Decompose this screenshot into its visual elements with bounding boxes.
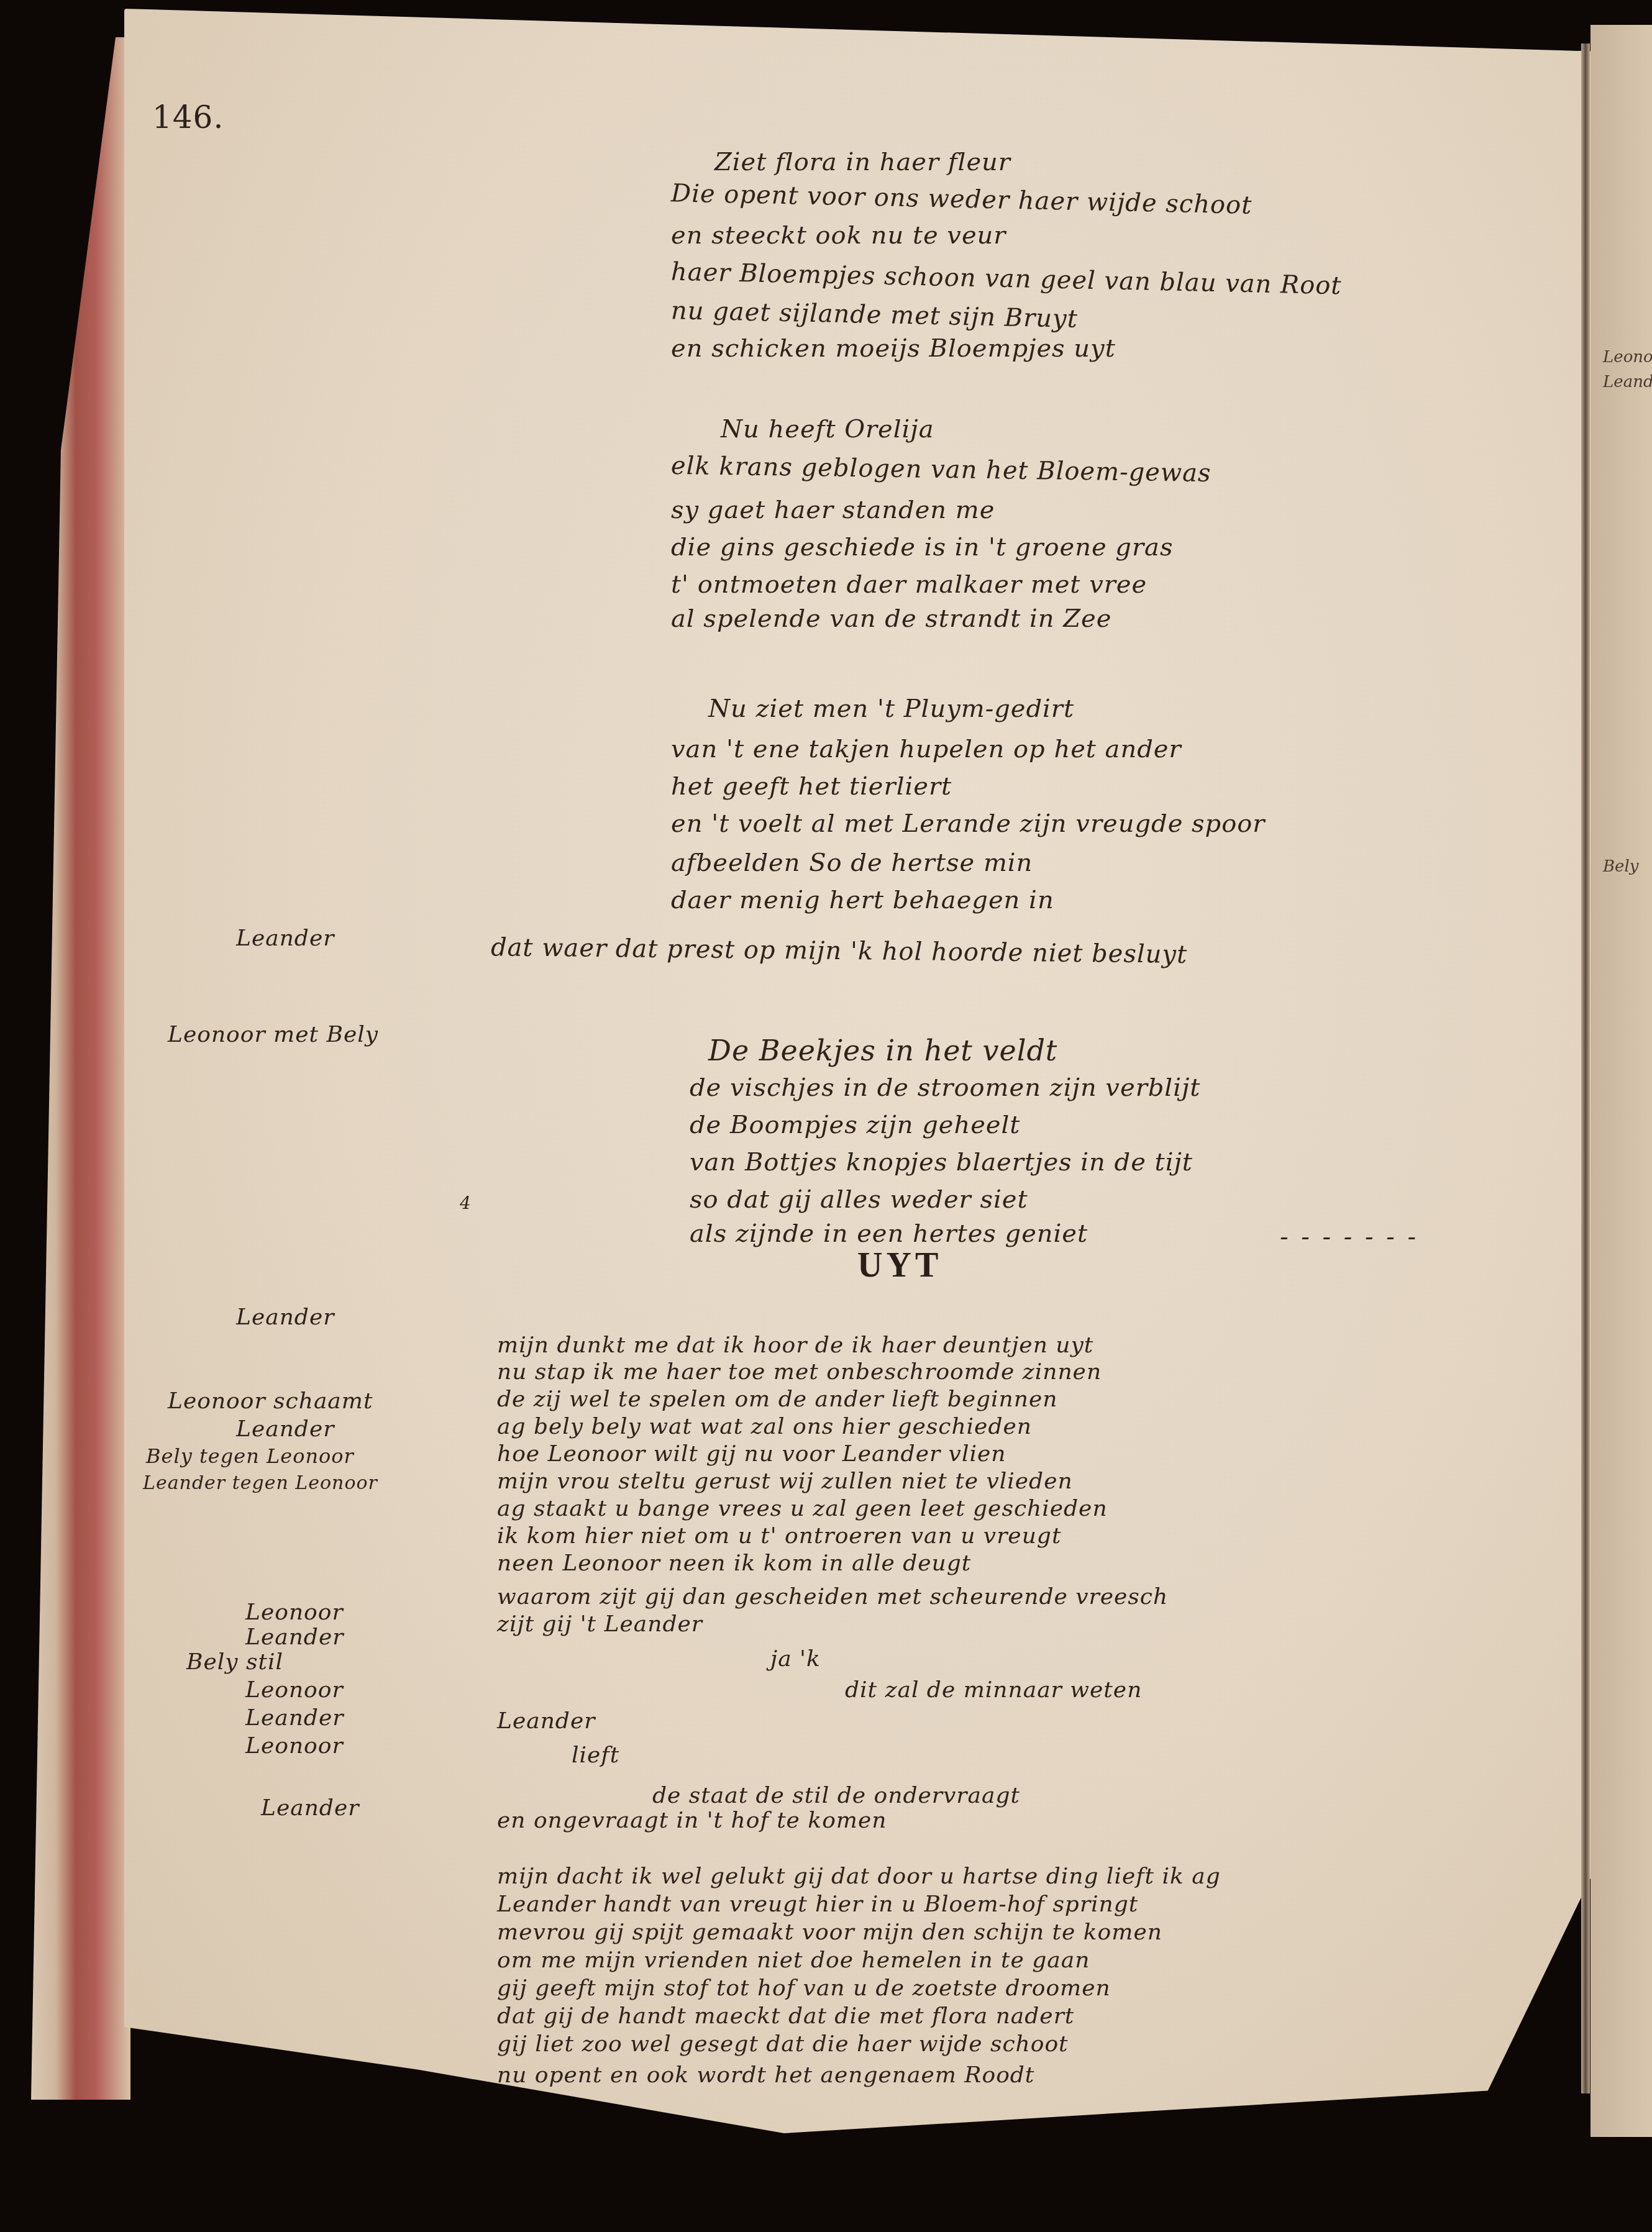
speaker-name: Leonoor — [245, 1600, 344, 1625]
speaker-name: Leander — [236, 926, 334, 951]
verse-line: elk krans geblogen van het Bloem-gewas — [671, 447, 1212, 493]
verse-line: De Beekjes in het veldt — [708, 1031, 1057, 1070]
book-page-edges — [31, 37, 130, 2100]
speaker-name: Leander — [236, 1305, 334, 1330]
speaker-name: Leander — [261, 1795, 359, 1821]
verse-line: en schicken moeijs Bloempjes uyt — [671, 329, 1116, 368]
dialogue-line: lieft — [572, 1736, 619, 1775]
folio-number: 146. — [152, 99, 224, 135]
verse-line: afbeelden So de hertse min — [671, 844, 1033, 882]
verse-line: so dat gij alles weder siet — [690, 1180, 1028, 1219]
verse-line: de Boompjes zijn geheelt — [690, 1106, 1020, 1144]
verse-line: de vischjes in de stroomen zijn verblijt — [690, 1068, 1200, 1107]
dialogue-line: nu opent en ook wordt het aengenaem Rood… — [497, 2056, 1034, 2095]
heading-uyt: UYT — [857, 1246, 942, 1285]
verse-line: Nu ziet men 't Pluym-gedirt — [708, 690, 1074, 728]
facing-page — [1590, 25, 1652, 2137]
verse-line: van Bottjes knopjes blaertjes in de tijt — [690, 1143, 1193, 1182]
speaker-name: Leander — [245, 1705, 344, 1731]
dialogue-line: en ongevraagt in 't hof te komen — [497, 1802, 887, 1840]
dialogue-line: zijt gij 't Leander — [497, 1605, 703, 1644]
verse-line: Nu heeft Orelija — [721, 410, 934, 449]
speaker-name: Leonoor schaamt — [168, 1388, 373, 1414]
dialogue-line: neen Leonoor neen ik kom in alle deugt — [497, 1544, 971, 1583]
verse-line: daer menig hert behaegen in — [671, 881, 1054, 919]
speaker-name: Leonoor — [245, 1677, 344, 1703]
facing-page-fragment: Leonoor — [1603, 348, 1652, 367]
verse-line: al spelende van de strandt in Zee — [671, 599, 1111, 638]
dialogue-line: ja 'k — [770, 1640, 821, 1679]
dialogue-line: Leander — [497, 1702, 595, 1741]
speaker-name: Bely tegen Leonoor — [146, 1444, 354, 1468]
speaker-name: Leander — [236, 1416, 334, 1442]
margin-mark: 4 — [460, 1193, 472, 1213]
speaker-name: Leonoor met Bely — [168, 1022, 378, 1047]
verse-line: die gins geschiede is in 't groene gras — [671, 528, 1173, 567]
facing-page-fragment: Bely — [1603, 857, 1639, 876]
verse-line: t' ontmoeten daer malkaer met vree — [671, 565, 1147, 604]
dialogue-line: dit zal de minnaar weten — [845, 1671, 1142, 1710]
verse-line: en 't voelt al met Lerande zijn vreugde … — [671, 804, 1265, 843]
speaker-name: Bely stil — [186, 1649, 283, 1675]
dash-line: - - - - - - - — [1280, 1218, 1418, 1256]
book-gutter — [1581, 43, 1590, 2093]
facing-page-fragment: Leand — [1603, 373, 1652, 391]
speaker-name: Leonoor — [245, 1733, 344, 1759]
dialogue-line: dat waer dat prest op mijn 'k hol hoorde… — [491, 928, 1188, 974]
speaker-name: Leander — [245, 1624, 344, 1650]
verse-line: sy gaet haer standen me — [671, 491, 995, 529]
verse-line: het geeft het tierliert — [671, 767, 952, 806]
verse-line: van 't ene takjen hupelen op het ander — [671, 730, 1182, 768]
verse-line: en steeckt ook nu te veur — [671, 216, 1006, 255]
speaker-name: Leander tegen Leonoor — [143, 1472, 378, 1494]
